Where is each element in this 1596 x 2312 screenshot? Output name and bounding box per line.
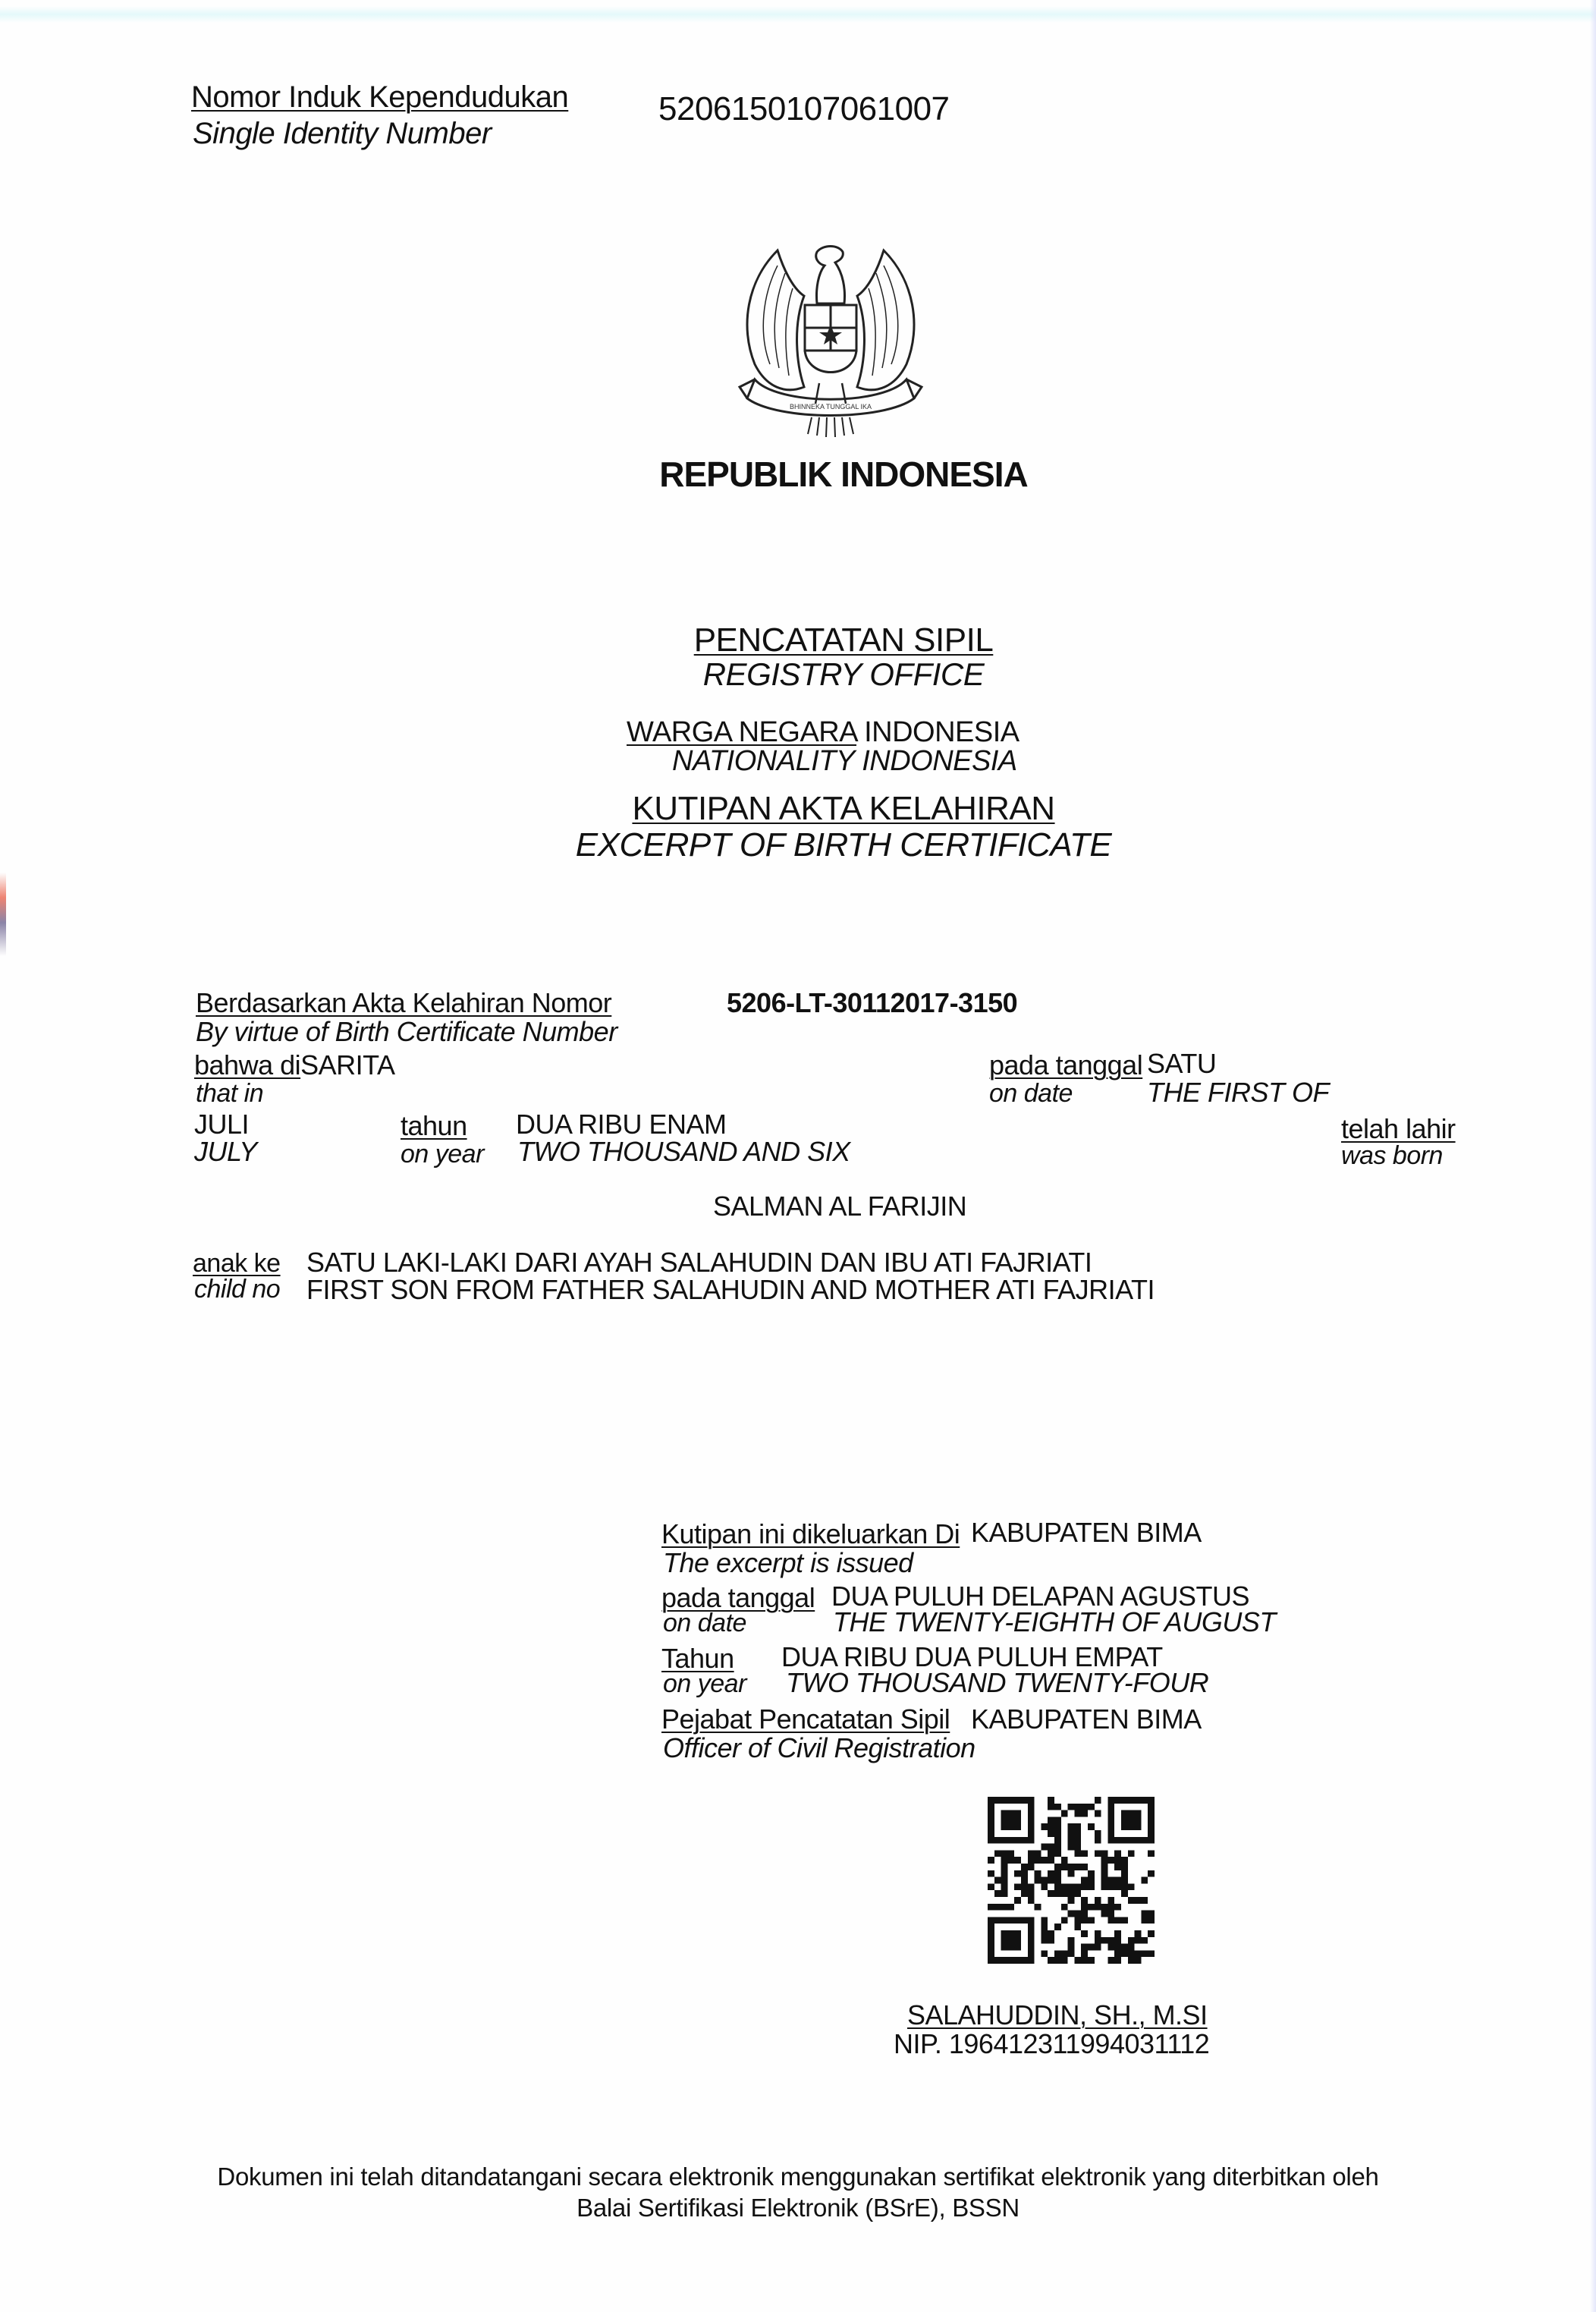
- nationality-value-en: INDONESIA: [862, 745, 1017, 777]
- footer-line-1: Dokumen ini telah ditandatangani secara …: [217, 2161, 1378, 2192]
- date-label: pada tanggal: [989, 1052, 1142, 1079]
- place-value: SARITA: [300, 1049, 394, 1081]
- scan-artifact-top: [0, 6, 1596, 23]
- issue-year-value-en: TWO THOUSAND TWENTY-FOUR: [786, 1669, 1208, 1697]
- nationality-line: WARGA NEGARA INDONESIA: [627, 718, 1019, 747]
- electronic-signature-notice: Dokumen ini telah ditandatangani secara …: [217, 2161, 1378, 2224]
- officer-label-en: Officer of Civil Registration: [663, 1735, 976, 1762]
- child-name: SALMAN AL FARIJIN: [713, 1193, 966, 1220]
- scan-artifact-left: [0, 873, 6, 956]
- nationality-value: INDONESIA: [864, 716, 1019, 748]
- nik-label: Nomor Induk Kependudukan: [191, 82, 568, 112]
- svg-text:BHINNEKA TUNGGAL IKA: BHINNEKA TUNGGAL IKA: [790, 403, 872, 410]
- nik-label-en: Single Identity Number: [193, 118, 492, 149]
- child-no-label-en: child no: [194, 1276, 280, 1302]
- year-label-en: on year: [401, 1141, 484, 1167]
- certificate-number-label: Berdasarkan Akta Kelahiran Nomor: [196, 989, 611, 1017]
- issue-year-label-en: on year: [663, 1671, 746, 1697]
- qr-code-icon[interactable]: [988, 1797, 1155, 1964]
- signatory-nip: NIP. 196412311994031112: [894, 2030, 1209, 2058]
- place-line: bahwa diSARITA: [194, 1052, 394, 1079]
- nik-value: 5206150107061007: [658, 93, 950, 126]
- footer-line-2: Balai Sertifikasi Elektronik (BSrE), BSS…: [217, 2192, 1378, 2223]
- document-page: Nomor Induk Kependudukan Single Identity…: [0, 0, 1596, 2312]
- certificate-number: 5206-LT-30112017-3150: [727, 989, 1017, 1017]
- year-value: DUA RIBU ENAM: [516, 1111, 727, 1138]
- issue-date-label-en: on date: [663, 1610, 746, 1636]
- place-label-en: that in: [196, 1081, 263, 1106]
- scan-artifact-right: [1590, 0, 1596, 2312]
- nationality-label: WARGA NEGARA: [627, 716, 856, 748]
- issued-at-label-en: The excerpt is issued: [663, 1549, 913, 1577]
- issued-at-label: Kutipan ini dikeluarkan Di: [661, 1521, 960, 1548]
- child-no-value-en: FIRST SON FROM FATHER SALAHUDIN AND MOTH…: [306, 1276, 1155, 1304]
- year-label: tahun: [401, 1112, 467, 1140]
- year-value-en: TWO THOUSAND AND SIX: [517, 1138, 850, 1165]
- certificate-title: KUTIPAN AKTA KELAHIRAN: [632, 792, 1054, 826]
- born-label-en: was born: [1341, 1143, 1443, 1169]
- officer-value: KABUPATEN BIMA: [971, 1706, 1202, 1733]
- nationality-line-en: NATIONALITY INDONESIA: [672, 747, 1017, 775]
- issued-at-value: KABUPATEN BIMA: [971, 1519, 1202, 1546]
- child-no-label: anak ke: [193, 1250, 281, 1276]
- certificate-number-label-en: By virtue of Birth Certificate Number: [196, 1018, 617, 1046]
- child-no-value: SATU LAKI-LAKI DARI AYAH SALAHUDIN DAN I…: [306, 1249, 1092, 1276]
- issue-year-label: Tahun: [661, 1645, 734, 1672]
- issue-date-label: pada tanggal: [661, 1584, 815, 1612]
- office-title-en: REGISTRY OFFICE: [703, 659, 985, 690]
- certificate-title-en: EXCERPT OF BIRTH CERTIFICATE: [576, 829, 1111, 862]
- country-title: REPUBLIK INDONESIA: [659, 457, 1027, 492]
- issue-date-value-en: THE TWENTY-EIGHTH OF AUGUST: [833, 1609, 1276, 1636]
- month-value-en: JULY: [194, 1138, 257, 1165]
- nationality-label-en: NATIONALITY: [672, 745, 854, 777]
- date-label-en: on date: [989, 1081, 1073, 1106]
- day-value-en: THE FIRST OF: [1147, 1079, 1329, 1106]
- born-label: telah lahir: [1341, 1115, 1456, 1143]
- officer-label: Pejabat Pencatatan Sipil: [661, 1706, 950, 1733]
- month-value: JULI: [194, 1111, 249, 1138]
- place-label: bahwa di: [194, 1049, 300, 1081]
- day-value: SATU: [1147, 1050, 1216, 1077]
- signatory-name: SALAHUDDIN, SH., M.SI: [907, 2002, 1208, 2029]
- office-title: PENCATATAN SIPIL: [694, 624, 994, 657]
- garuda-pancasila-emblem-icon: BHINNEKA TUNGGAL IKA: [732, 235, 929, 440]
